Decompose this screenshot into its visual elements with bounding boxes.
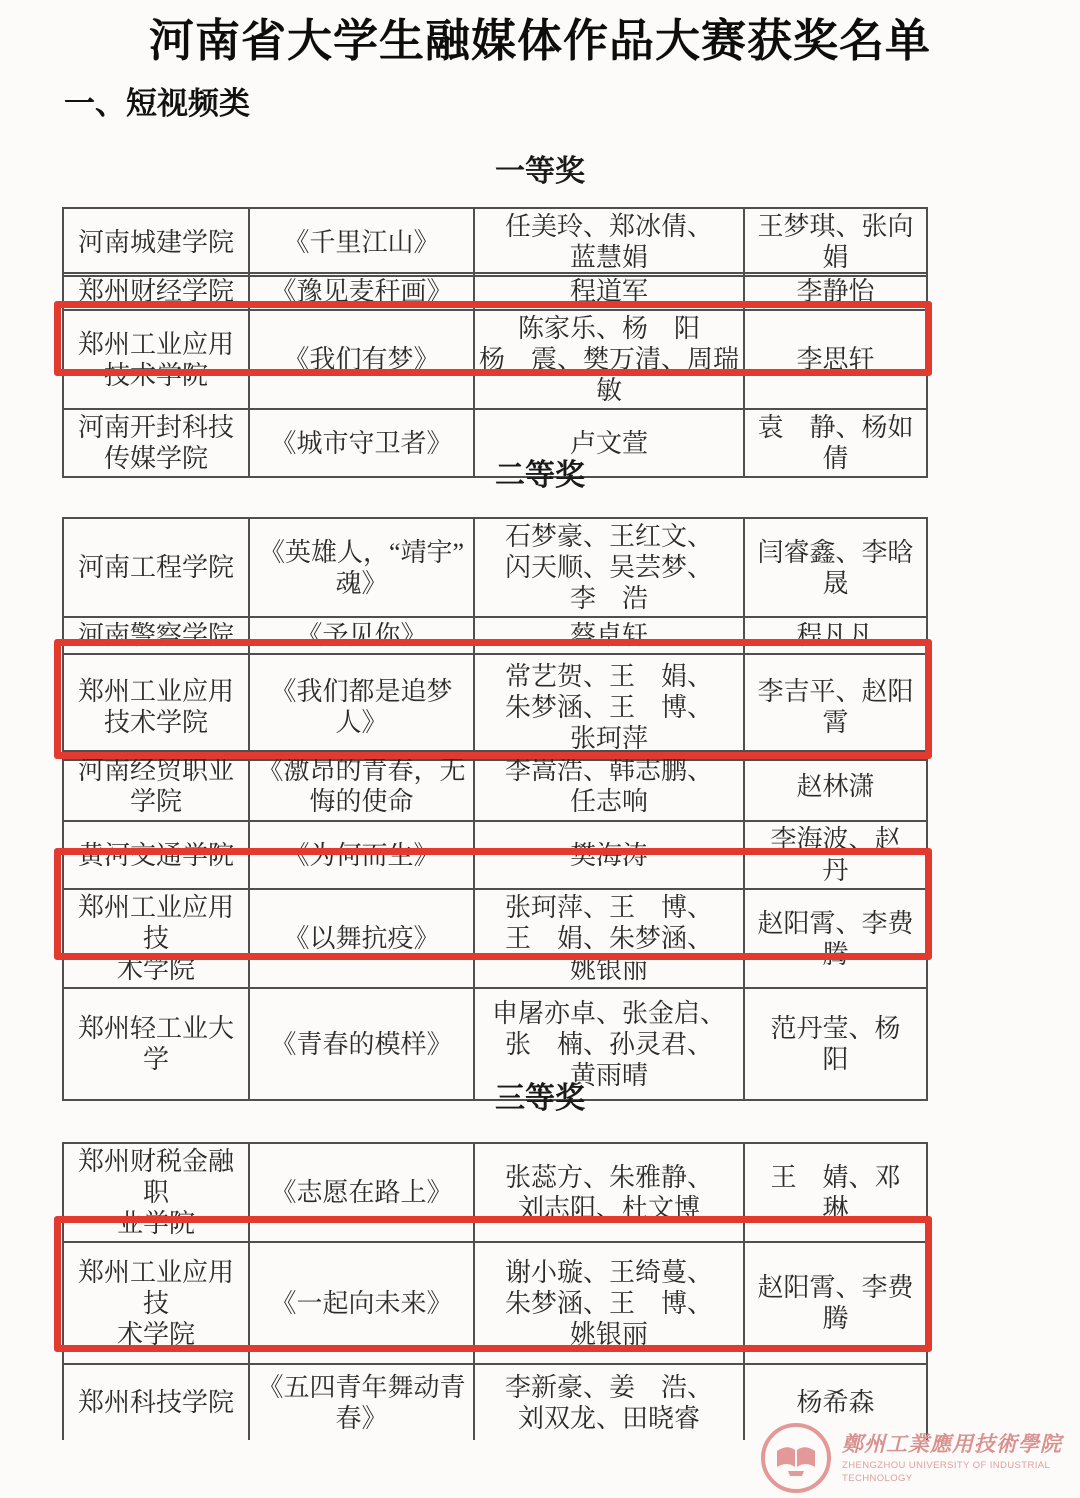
work-title-cell: 《千里江山》 <box>249 208 474 276</box>
work-title-cell: 《英雄人，“靖宇” 魂》 <box>249 518 474 617</box>
section-heading: 一、短视频类 <box>64 78 250 123</box>
work-title-cell: 《予见你》 <box>249 617 474 654</box>
advisors-cell: 王梦琪、张向娟 <box>744 208 927 276</box>
work-title-cell: 《一起向未来》 <box>249 1242 474 1364</box>
table-row: 河南工程学院 《英雄人，“靖宇” 魂》 石梦豪、王红文、 闪天顺、吴芸梦、 李 … <box>63 518 927 617</box>
advisors-cell: 赵林潇 <box>744 751 927 821</box>
authors-cell: 石梦豪、王红文、 闪天顺、吴芸梦、 李 浩 <box>474 518 744 617</box>
table-row: 郑州财经学院 《豫见麦秆画》 程道军 李静怡 <box>63 273 927 310</box>
work-title-cell: 《以舞抗疫》 <box>249 889 474 988</box>
authors-cell: 李嵩浩、韩志鹏、 任志响 <box>474 751 744 821</box>
advisors-cell: 赵阳霄、李费腾 <box>744 1242 927 1364</box>
authors-cell: 常艺贺、王 娟、 朱梦涵、王 博、 张珂萍 <box>474 654 744 760</box>
advisors-cell: 程凡凡 <box>744 617 927 654</box>
advisors-cell: 李思轩 <box>744 310 927 409</box>
school-cell: 郑州科技学院 <box>63 1364 249 1440</box>
university-seal-icon <box>758 1420 834 1496</box>
work-title-cell: 《我们有梦》 <box>249 310 474 409</box>
advisors-cell: 李海波、赵 丹 <box>744 821 927 889</box>
second-prize-table-b: 河南经贸职业 学院 《激昂的青春，无 悔的使命 李嵩浩、韩志鹏、 任志响 赵林潇… <box>62 750 928 1101</box>
school-cell: 郑州财税金融职 业学院 <box>63 1143 249 1242</box>
school-cell: 黄河交通学院 <box>63 821 249 889</box>
university-name-en: ZHENGZHOU UNIVERSITY OF INDUSTRIAL TECHN… <box>842 1459 1080 1485</box>
table-row: 河南警察学院 《予见你》 蔡卓轩 程凡凡 <box>63 617 927 654</box>
school-cell: 郑州工业应用技 术学院 <box>63 889 249 988</box>
table-row-highlighted: 郑州工业应用技 术学院 《一起向未来》 谢小璇、王绮蔓、 朱梦涵、王 博、 姚银… <box>63 1242 927 1364</box>
third-prize-label: 三等奖 <box>0 1073 1080 1117</box>
authors-cell: 任美玲、郑冰倩、 蓝慧娟 <box>474 208 744 276</box>
table-row: 河南经贸职业 学院 《激昂的青春，无 悔的使命 李嵩浩、韩志鹏、 任志响 赵林潇 <box>63 751 927 821</box>
school-cell: 河南城建学院 <box>63 208 249 276</box>
school-cell: 郑州工业应用技 术学院 <box>63 1242 249 1364</box>
first-prize-table-b: 郑州财经学院 《豫见麦秆画》 程道军 李静怡 郑州工业应用 技术学院 《我们有梦… <box>62 272 928 478</box>
page-title: 河南省大学生融媒体作品大赛获奖名单 <box>0 4 1080 69</box>
authors-cell: 陈家乐、杨 阳 杨 震、樊万清、周瑞敏 <box>474 310 744 409</box>
university-name-cn: 鄭州工業應用技術學院 <box>842 1431 1080 1457</box>
first-prize-table-a: 河南城建学院 《千里江山》 任美玲、郑冰倩、 蓝慧娟 王梦琪、张向娟 <box>62 207 928 277</box>
table-row: 河南城建学院 《千里江山》 任美玲、郑冰倩、 蓝慧娟 王梦琪、张向娟 <box>63 208 927 276</box>
authors-cell: 李新豪、姜 浩、 刘双龙、田晓睿 <box>474 1364 744 1440</box>
first-prize-label: 一等奖 <box>0 146 1080 190</box>
work-title-cell: 《我们都是追梦 人》 <box>249 654 474 760</box>
work-title-cell: 《五四青年舞动青 春》 <box>249 1364 474 1440</box>
table-row-highlighted: 郑州工业应用 技术学院 《我们有梦》 陈家乐、杨 阳 杨 震、樊万清、周瑞敏 李… <box>63 310 927 409</box>
authors-cell: 程道军 <box>474 273 744 310</box>
authors-cell: 谢小璇、王绮蔓、 朱梦涵、王 博、 姚银丽 <box>474 1242 744 1364</box>
work-title-cell: 《志愿在路上》 <box>249 1143 474 1242</box>
advisors-cell: 李静怡 <box>744 273 927 310</box>
work-title-cell: 《豫见麦秆画》 <box>249 273 474 310</box>
second-prize-table-a: 河南工程学院 《英雄人，“靖宇” 魂》 石梦豪、王红文、 闪天顺、吴芸梦、 李 … <box>62 517 928 761</box>
authors-cell: 樊海涛 <box>474 821 744 889</box>
footer-logo: 鄭州工業應用技術學院 ZHENGZHOU UNIVERSITY OF INDUS… <box>758 1420 1080 1496</box>
advisors-cell: 闫睿鑫、李晗晟 <box>744 518 927 617</box>
authors-cell: 蔡卓轩 <box>474 617 744 654</box>
work-title-cell: 《为何而生》 <box>249 821 474 889</box>
authors-cell: 张珂萍、王 博、 王 娟、朱梦涵、 姚银丽 <box>474 889 744 988</box>
advisors-cell: 赵阳霄、李费腾 <box>744 889 927 988</box>
school-cell: 河南经贸职业 学院 <box>63 751 249 821</box>
authors-cell: 张蕊方、朱雅静、 刘志阳、杜文博 <box>474 1143 744 1242</box>
work-title-cell: 《激昂的青春，无 悔的使命 <box>249 751 474 821</box>
university-name-block: 鄭州工業應用技術學院 ZHENGZHOU UNIVERSITY OF INDUS… <box>842 1431 1080 1485</box>
school-cell: 郑州工业应用 技术学院 <box>63 654 249 760</box>
school-cell: 郑州工业应用 技术学院 <box>63 310 249 409</box>
advisors-cell: 李吉平、赵阳霄 <box>744 654 927 760</box>
table-row: 黄河交通学院 《为何而生》 樊海涛 李海波、赵 丹 <box>63 821 927 889</box>
school-cell: 郑州财经学院 <box>63 273 249 310</box>
third-prize-table: 郑州财税金融职 业学院 《志愿在路上》 张蕊方、朱雅静、 刘志阳、杜文博 王 婧… <box>62 1142 928 1440</box>
school-cell: 河南警察学院 <box>63 617 249 654</box>
table-row: 郑州财税金融职 业学院 《志愿在路上》 张蕊方、朱雅静、 刘志阳、杜文博 王 婧… <box>63 1143 927 1242</box>
table-row-highlighted: 郑州工业应用 技术学院 《我们都是追梦 人》 常艺贺、王 娟、 朱梦涵、王 博、… <box>63 654 927 760</box>
school-cell: 河南工程学院 <box>63 518 249 617</box>
advisors-cell: 王 婧、邓 琳 <box>744 1143 927 1242</box>
table-row-highlighted: 郑州工业应用技 术学院 《以舞抗疫》 张珂萍、王 博、 王 娟、朱梦涵、 姚银丽… <box>63 889 927 988</box>
second-prize-label: 二等奖 <box>0 450 1080 494</box>
document-page: 河南省大学生融媒体作品大赛获奖名单 一、短视频类 一等奖 河南城建学院 《千里江… <box>0 0 1080 1498</box>
